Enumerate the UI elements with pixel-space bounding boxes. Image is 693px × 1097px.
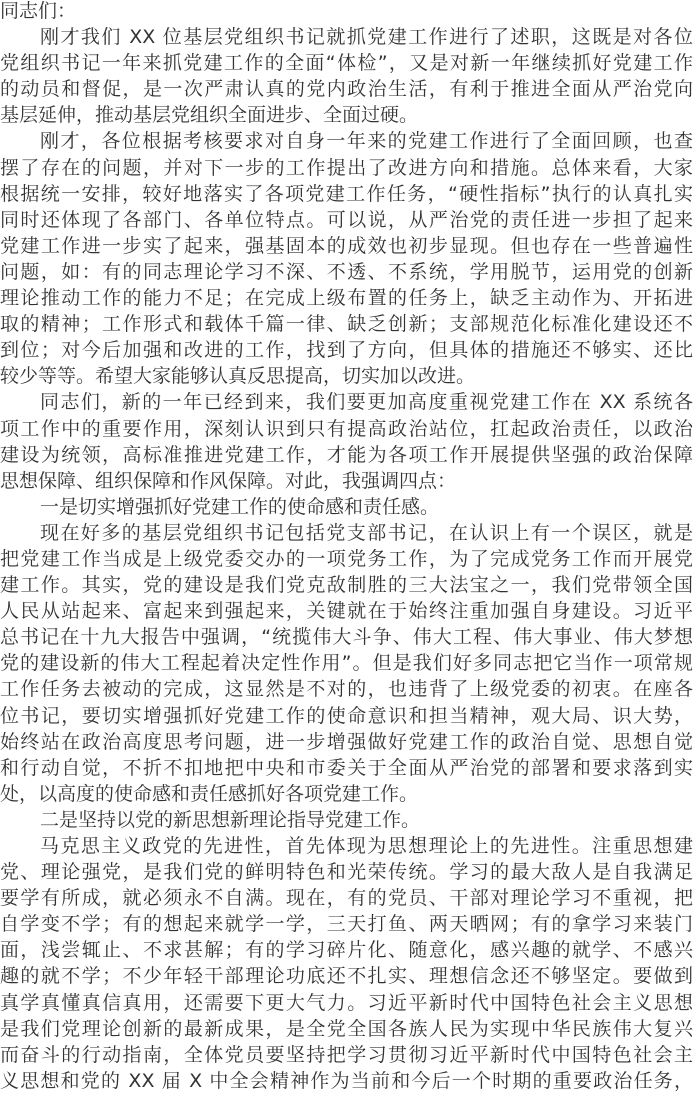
text-line: 思想保障、组织保障和作风保障。对此，我强调四点： [0,468,693,494]
text-line: 党的建设新的伟大工程起着决定性作用”。但是我们好多同志把它当作一项常规 [0,650,693,676]
salutation-line: 同志们： [0,0,693,24]
salutation: 同志们： [0,0,693,24]
text-line: 自学变不学；有的想起来就学一学，三天打鱼、两天晒网；有的拿学习来装门 [0,911,693,937]
text-line: 和行动自觉，不折不扣地把中央和市委关于全面从严治党的部署和要求落到实 [0,755,693,781]
text-line: 根据统一安排，较好地落实了各项党建工作任务，“硬性指标”执行的认真扎实 [0,181,693,207]
text-line: 问题，如：有的同志理论学习不深、不透、不系统，学用脱节，运用党的创新 [0,259,693,285]
text-line: 到位；对今后加强和改进的工作，找到了方向，但具体的措施还不够实、还比 [0,337,693,363]
text-line: 的动员和督促，是一次严肃认真的党内政治生活，有利于推进全面从严治党向 [0,76,693,102]
text-line: 刚才我们 XX 位基层党组织书记就抓党建工作进行了述职，这既是对各位 [0,24,693,50]
text-line: 刚才，各位根据考核要求对自身一年来的党建工作进行了全面回顾，也查 [0,128,693,154]
text-line: 理论推动工作的能力不足；在完成上级布置的任务上，缺乏主动作为、开拓进 [0,285,693,311]
text-line: 摆了存在的问题，并对下一步的工作提出了改进方向和措施。总体来看，大家 [0,155,693,181]
text-line: 党组织书记一年来抓党建工作的全面“体检”，又是对新一年继续抓好党建工作 [0,50,693,76]
text-line: 义思想和党的 XX 届 X 中全会精神作为当前和今后一个时期的重要政治任务， [0,1068,693,1094]
text-line: 二是坚持以党的新思想新理论指导党建工作。 [0,807,693,833]
text-line: 人民从站起来、富起来到强起来，关键就在于始终注重加强自身建设。习近平 [0,598,693,624]
text-line: 建工作。其实，党的建设是我们党克敌制胜的三大法宝之一，我们党带领全国 [0,572,693,598]
text-line: 党、理论强党，是我们党的鲜明特色和光荣传统。学习的最大敌人是自我满足 [0,859,693,885]
paragraph-review: 刚才，各位根据考核要求对自身一年来的党建工作进行了全面回顾，也查 摆了存在的问题… [0,128,693,389]
paragraph-intro: 刚才我们 XX 位基层党组织书记就抓党建工作进行了述职，这既是对各位 党组织书记… [0,24,693,128]
text-line: 处，以高度的使命感和责任感抓好各项党建工作。 [0,781,693,807]
text-line: 面，浅尝辄止、不求甚解；有的学习碎片化、随意化，感兴趣的就学、不感兴 [0,937,693,963]
paragraph-mission: 现在好多的基层党组织书记包括党支部书记，在认识上有一个误区，就是 把党建工作当成… [0,520,693,807]
paragraph-theory: 马克思主义政党的先进性，首先体现为思想理论上的先进性。注重思想建 党、理论强党，… [0,833,693,1094]
text-line: 取的精神；工作形式和载体千篇一律、缺乏创新；支部规范化标准化建设还不 [0,311,693,337]
text-line: 是我们党理论创新的最新成果，是全党全国各族人民为实现中华民族伟大复兴 [0,1016,693,1042]
paragraph-new-year: 同志们，新的一年已经到来，我们要更加高度重视党建工作在 XX 系统各 项工作中的… [0,389,693,493]
text-line: 总书记在十九大报告中强调，“统揽伟大斗争、伟大工程、伟大事业、伟大梦想 [0,624,693,650]
text-line: 项工作中的重要作用，深刻认识到只有提高政治站位，扛起政治责任，以政治 [0,416,693,442]
document-body: 同志们： 刚才我们 XX 位基层党组织书记就抓党建工作进行了述职，这既是对各位 … [0,0,693,1094]
text-line: 位书记，要切实增强抓好党建工作的使命意识和担当精神，观大局、识大势， [0,703,693,729]
text-line: 真学真懂真信真用，还需要下更大气力。习近平新时代中国特色社会主义思想 [0,990,693,1016]
text-line: 党建工作进一步实了起来，强基固本的成效也初步显现。但也存在一些普遍性 [0,233,693,259]
section-heading-one: 一是切实增强抓好党建工作的使命感和责任感。 [0,494,693,520]
text-line: 较少等等。希望大家能够认真反思提高，切实加以改进。 [0,363,693,389]
text-line: 把党建工作当成是上级党委交办的一项党务工作，为了完成党务工作而开展党 [0,546,693,572]
text-line: 建设为统领，高标准推进党建工作，才能为各项工作开展提供坚强的政治保障 [0,442,693,468]
text-line: 同时还体现了各部门、各单位特点。可以说，从严治党的责任进一步担了起来 [0,207,693,233]
text-line: 同志们，新的一年已经到来，我们要更加高度重视党建工作在 XX 系统各 [0,389,693,415]
text-line: 现在好多的基层党组织书记包括党支部书记，在认识上有一个误区，就是 [0,520,693,546]
text-line: 基层延伸，推动基层党组织全面进步、全面过硬。 [0,102,693,128]
text-line: 马克思主义政党的先进性，首先体现为思想理论上的先进性。注重思想建 [0,833,693,859]
text-line: 趣的就不学；不少年轻干部理论功底还不扎实、理想信念还不够坚定。要做到 [0,963,693,989]
section-heading-two: 二是坚持以党的新思想新理论指导党建工作。 [0,807,693,833]
text-line: 工作任务去被动的完成，这显然是不对的，也违背了上级党委的初衷。在座各 [0,676,693,702]
text-line: 始终站在政治高度思考问题，进一步增强做好党建工作的政治自觉、思想自觉 [0,729,693,755]
text-line: 一是切实增强抓好党建工作的使命感和责任感。 [0,494,693,520]
text-line: 而奋斗的行动指南，全体党员要坚持把学习贯彻习近平新时代中国特色社会主 [0,1042,693,1068]
text-line: 要学有所成，就必须永不自满。现在，有的党员、干部对理论学习不重视，把 [0,885,693,911]
